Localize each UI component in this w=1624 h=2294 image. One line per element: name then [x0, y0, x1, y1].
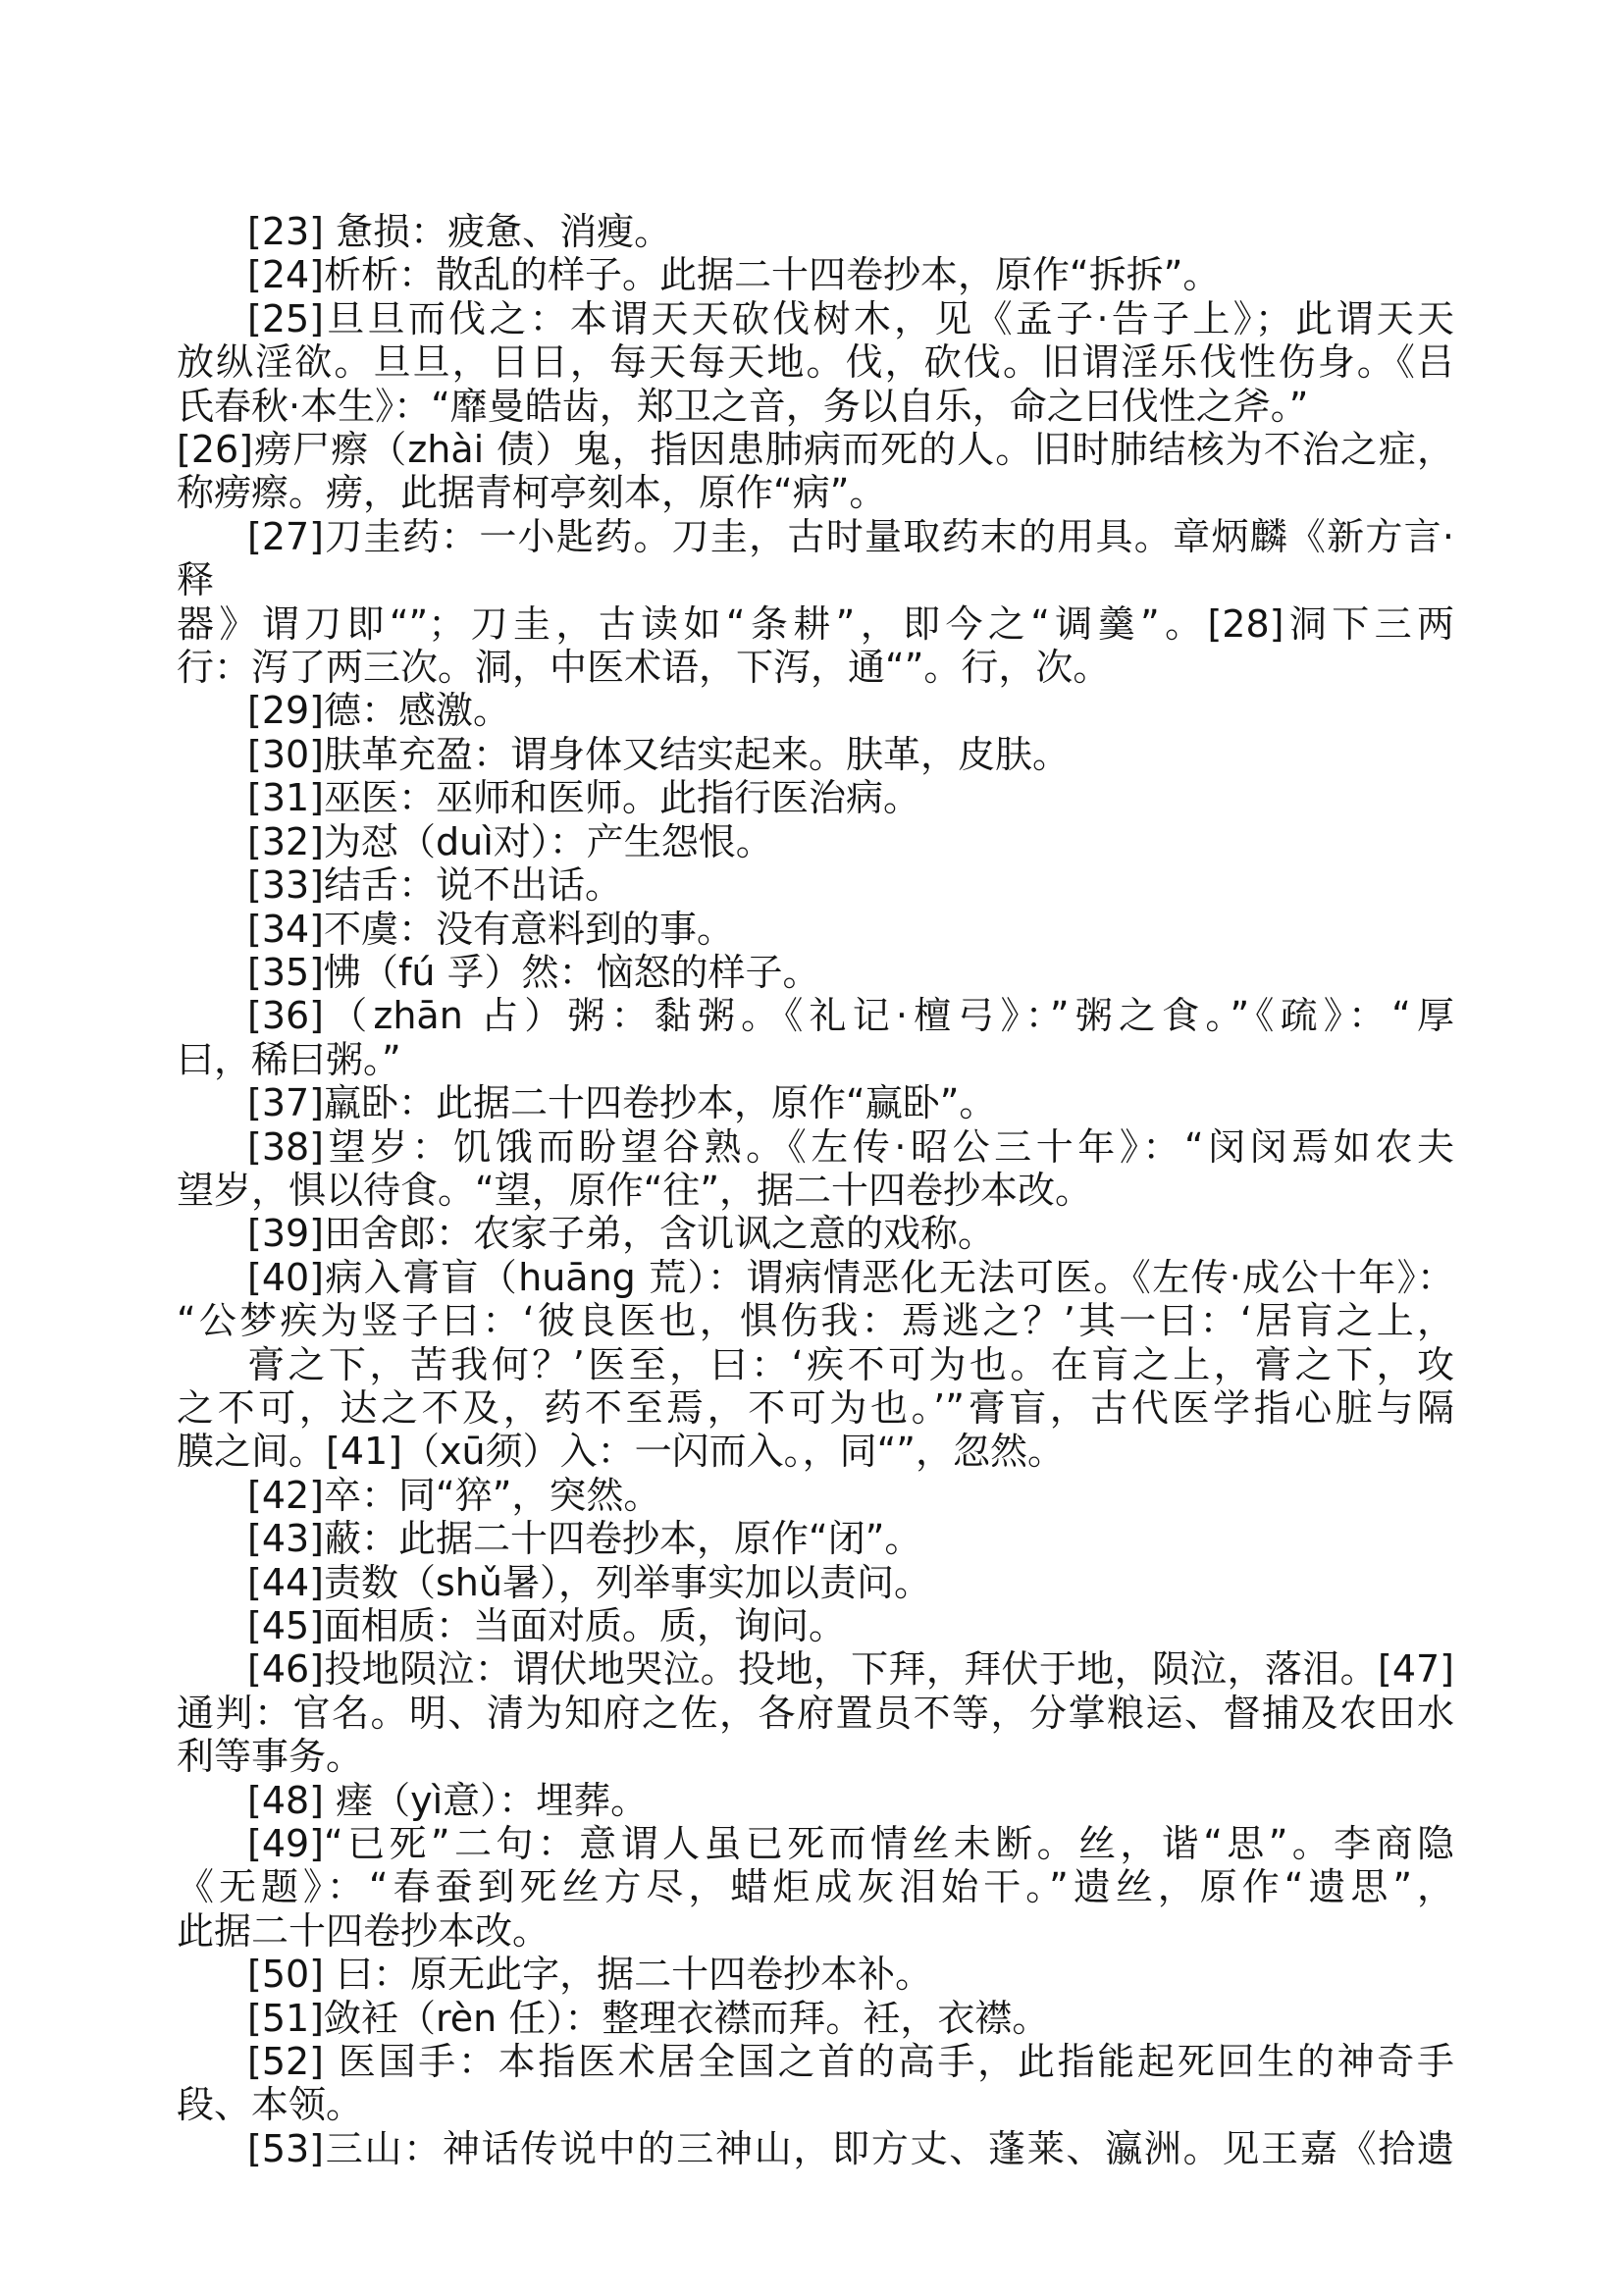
annotation-line: 行：泻了两三次。洞，中医术语，下泻，通“”。行，次。 — [177, 646, 1454, 689]
annotation-line: 此据二十四卷抄本改。 — [177, 1909, 1454, 1953]
annotation-line: [49]“已死”二句：意谓人虽已死而情丝未断。丝，谐“思”。李商隐 — [177, 1822, 1454, 1865]
annotation-line: 氏春秋·本生》：“靡曼皓齿，郑卫之音，务以自乐，命之曰伐性之斧。” — [177, 385, 1454, 428]
annotation-line: [31]巫医：巫师和医师。此指行医治病。 — [177, 776, 1454, 819]
annotation-line: [27]刀圭药：一小匙药。刀圭，古时量取药末的用具。章炳麟《新方言·释 — [177, 515, 1454, 602]
annotation-line: [42]卒：同“猝”，突然。 — [177, 1474, 1454, 1517]
annotation-line: 放纵淫欲。旦旦，日日，每天每天地。伐，砍伐。旧谓淫乐伐性伤身。《吕 — [177, 340, 1454, 384]
annotation-line: [23] 惫损：疲惫、消瘦。 — [177, 210, 1454, 253]
annotation-line: 通判：官名。明、清为知府之佐，各府置员不等，分掌粮运、督捕及农田水 — [177, 1692, 1454, 1735]
annotation-line: [30]肤革充盈：谓身体又结实起来。肤革，皮肤。 — [177, 733, 1454, 776]
annotation-line: [51]敛衽（rèn 任）：整理衣襟而拜。衽，衣襟。 — [177, 1997, 1454, 2040]
annotation-line: [53]三山：神话传说中的三神山，即方丈、蓬莱、瀛洲。见王嘉《拾遗 — [177, 2127, 1454, 2170]
annotation-line: [25]旦旦而伐之：本谓天天砍伐树木，见《孟子·告子上》；此谓天天 — [177, 297, 1454, 340]
annotation-line: “公梦疾为竖子曰：‘彼良医也，惧伤我：焉逃之？’其一曰：‘居肓之上， — [177, 1299, 1454, 1342]
annotation-line: [46]投地陨泣：谓伏地哭泣。投地，下拜，拜伏于地，陨泣，落泪。[47] — [177, 1647, 1454, 1691]
annotation-line: [38]望岁：饥饿而盼望谷熟。《左传·昭公三十年》：“闵闵焉如农夫 — [177, 1125, 1454, 1169]
annotation-line: 之不可，达之不及，药不至焉，不可为也。’”膏盲，古代医学指心脏与隔 — [177, 1386, 1454, 1430]
annotation-line: [44]责数（shǔ暑），列举事实加以责问。 — [177, 1561, 1454, 1604]
annotation-line: [34]不虞：没有意料到的事。 — [177, 908, 1454, 951]
annotations-text: [23] 惫损：疲惫、消瘦。[24]析析：散乱的样子。此据二十四卷抄本，原作“拆… — [177, 210, 1454, 2170]
annotation-line: [43]蔽：此据二十四卷抄本，原作“闭”。 — [177, 1517, 1454, 1560]
annotation-line: [36]（zhān 占）粥：黏粥。《礼记·檀弓》：”粥之食。”《疏》：“厚 — [177, 994, 1454, 1037]
annotation-line: 《无题》：“春蚕到死丝方尽，蜡炬成灰泪始干。”遗丝，原作“遗思”， — [177, 1865, 1454, 1908]
annotation-line: [48] 瘗（yì意）：埋葬。 — [177, 1779, 1454, 1822]
annotation-line: [26]痨尸瘵（zhài 债）鬼，指因患肺病而死的人。旧时肺结核为不治之症， — [177, 428, 1454, 471]
annotation-line: 利等事务。 — [177, 1735, 1454, 1778]
annotation-line: 器》谓刀即“”；刀圭，古读如“条耕”，即今之“调羹”。[28]洞下三两 — [177, 602, 1454, 646]
annotation-line: 望岁，惧以待食。“望，原作“往”，据二十四卷抄本改。 — [177, 1169, 1454, 1212]
annotation-line: [52] 医国手：本指医术居全国之首的高手，此指能起死回生的神奇手 — [177, 2040, 1454, 2083]
annotation-line: 称痨瘵。痨，此据青柯亭刻本，原作“病”。 — [177, 471, 1454, 514]
annotation-line: [45]面相质：当面对质。质，询问。 — [177, 1604, 1454, 1647]
document-page: [23] 惫损：疲惫、消瘦。[24]析析：散乱的样子。此据二十四卷抄本，原作“拆… — [0, 0, 1624, 2294]
annotation-line: [32]为怼（duì对）：产生怨恨。 — [177, 820, 1454, 863]
annotation-line: [39]田舍郎：农家子弟，含讥讽之意的戏称。 — [177, 1212, 1454, 1255]
annotation-line: [37]羸卧：此据二十四卷抄本，原作“赢卧”。 — [177, 1081, 1454, 1124]
annotation-line: 膏之下，苦我何？’医至，曰：‘疾不可为也。在肓之上，膏之下，攻 — [177, 1343, 1454, 1386]
annotation-line: [29]德：感激。 — [177, 689, 1454, 732]
annotation-line: 膜之间。[41]（xū须）入：一闪而入。，同“”，忽然。 — [177, 1430, 1454, 1473]
annotation-line: 曰，稀曰粥。” — [177, 1038, 1454, 1081]
annotation-line: 段、本领。 — [177, 2083, 1454, 2126]
annotation-line: [35]怫（fú 孚）然：恼怒的样子。 — [177, 951, 1454, 994]
annotation-line: [40]病入膏盲（huāng 荒）：谓病情恶化无法可医。《左传·成公十年》： — [177, 1256, 1454, 1299]
annotation-line: [24]析析：散乱的样子。此据二十四卷抄本，原作“拆拆”。 — [177, 253, 1454, 296]
annotation-line: [50] 曰：原无此字，据二十四卷抄本补。 — [177, 1953, 1454, 1996]
annotation-line: [33]结舌：说不出话。 — [177, 863, 1454, 907]
